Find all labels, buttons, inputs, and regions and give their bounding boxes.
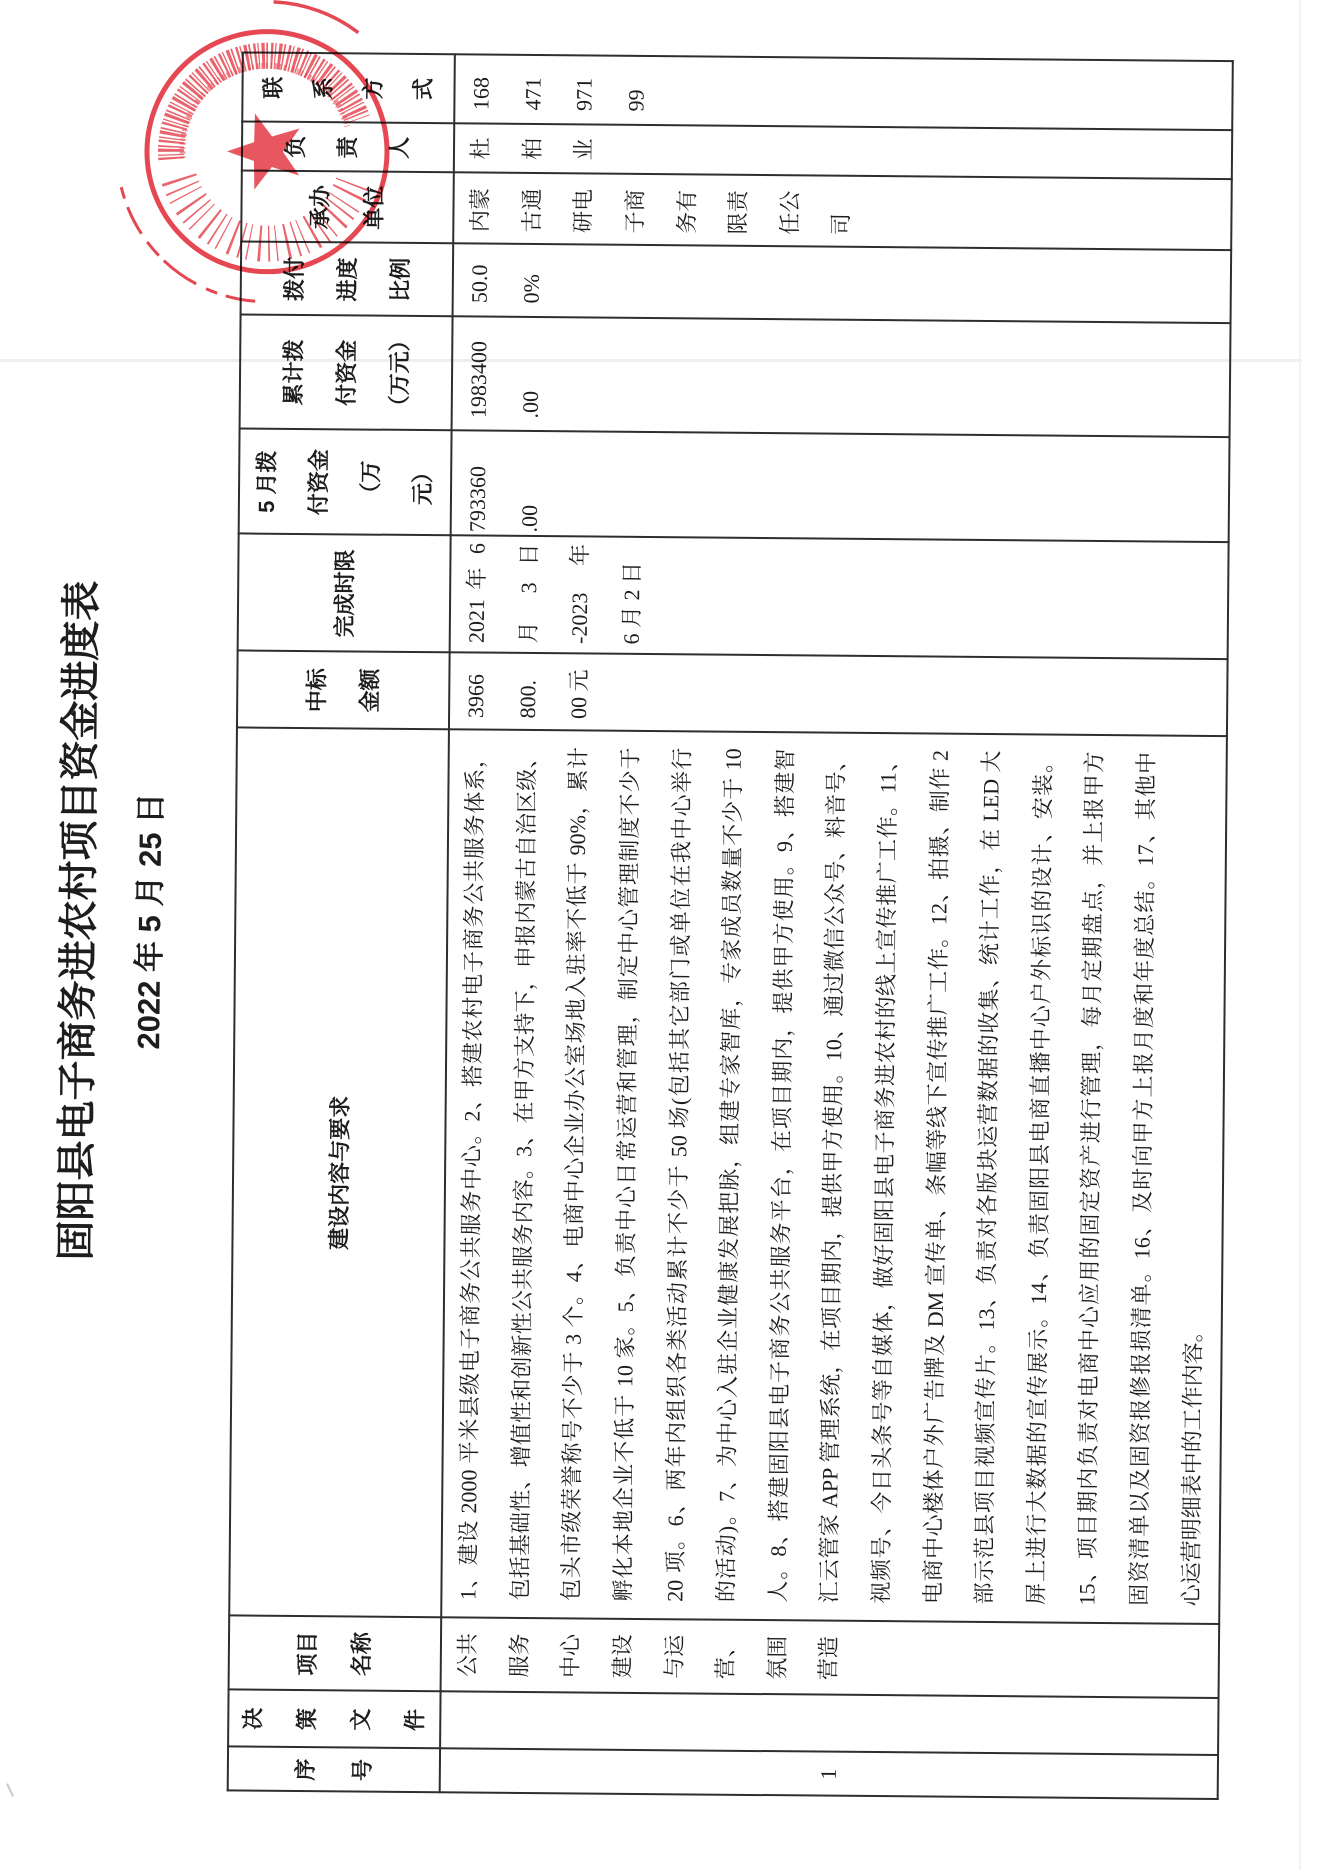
cell-content: 1、建设 2000 平米县级电子商务公共服务中心。2、搭建农村电子商务公共服务体…	[441, 730, 1227, 1625]
content-line: 汇云管家 APP 管理系统，在项目期内，提供甲方使用。10、通过微信公众号、料音…	[803, 749, 862, 1603]
header-line: 付资金	[293, 449, 346, 515]
content-line: 视频号、今日头条号等自媒体，做好固阳县电子商务进农村的线上宣传推广工作。11、	[855, 750, 914, 1604]
cell-line: 1983400	[453, 317, 505, 418]
header-line: 建设内容与要求	[312, 1096, 366, 1250]
cell-line: 营造	[803, 1621, 855, 1695]
cell-decision-document	[440, 1692, 1218, 1756]
header-line: 式	[398, 78, 448, 100]
cell-deadline: 2021 年 6 月 3 日 -2023 年 6 月 2 日	[449, 536, 1228, 660]
header-line: 拨付	[267, 257, 320, 301]
cell-line: 柏	[506, 125, 558, 174]
cell-line: 业	[558, 125, 610, 174]
cell-line: 471	[507, 56, 559, 111]
cell-may-payment: 793360 .00	[450, 431, 1229, 543]
content-line: 电商中心楼体户外广告牌及 DM 宣传单、条幅等线下宣传推广工作。12、拍摄、制作…	[907, 750, 966, 1604]
cell-line: 00 元	[553, 654, 605, 719]
cell-payment-ratio: 50.0 0%	[452, 244, 1231, 324]
column-header-content: 建设内容与要求	[229, 728, 449, 1618]
cell-line: 限责	[712, 175, 764, 234]
cell-line: -2023 年	[554, 544, 606, 644]
cell-line: 务有	[661, 175, 713, 234]
cell-line: 168	[455, 55, 507, 110]
column-header-project-name: 项目 名称	[228, 1616, 441, 1692]
document-page: 固阳县电子商务进农村项目资金进度表 2022 年 5 月 25 日	[0, 0, 1323, 1870]
cell-contractor: 内蒙 古通 研电 子商 务有 限责 任公 司	[453, 173, 1232, 251]
column-header-deadline: 完成时限	[237, 534, 450, 653]
cell-line: 中心	[545, 1619, 597, 1693]
cell-line: 800.	[502, 653, 554, 718]
header-line: 完成时限	[317, 549, 371, 637]
cell-line: 服务	[493, 1618, 545, 1692]
header-line: 单位	[347, 186, 401, 230]
cell-project-name: 公共 服务 中心 建设 与运 营、 氛围 营造	[440, 1618, 1219, 1699]
cell-person-in-charge: 杜 柏 业	[454, 124, 1232, 180]
header-line: 进度	[320, 257, 373, 301]
header-line: 联	[248, 77, 298, 99]
cell-cumulative-payment: 1983400 .00	[451, 317, 1230, 438]
cell-seq: 1	[439, 1749, 1217, 1800]
cell-line: 2021 年 6	[451, 543, 503, 643]
document-title: 固阳县电子商务进农村项目资金进度表	[51, 52, 106, 1790]
cell-line: 古通	[506, 174, 558, 233]
fund-progress-table: 序 号 决 策 文 件 项目 名称 建设内容与要求 中标 金额 完成时限 5 月…	[227, 53, 1232, 1800]
header-line: 项目	[280, 1632, 334, 1676]
cell-line: 建设	[596, 1619, 648, 1693]
content-line: 孵化本地企业不低于 10 家。5、负责中心日常运营和管理，制定中心管理制度不少于	[597, 747, 656, 1601]
content-line: 心运营明细表中的工作内容。	[1165, 752, 1224, 1606]
header-line: 承办	[293, 185, 347, 229]
cell-line: .00	[503, 432, 555, 533]
column-header-bid-amount: 中标 金额	[237, 651, 450, 730]
header-line: 元）	[397, 461, 449, 505]
content-line: 20 项。6、两年内组织各类活动累计不少于 50 场(包括其它部门或单位在我中心…	[649, 748, 708, 1602]
cell-line: 司	[815, 176, 867, 235]
header-line: 责	[322, 136, 374, 158]
cell-line: 与运	[648, 1620, 700, 1694]
cell-line: 50.0	[454, 244, 506, 303]
header-line: （万元）	[372, 329, 426, 417]
header-line: 比例	[373, 258, 426, 302]
header-line: 累计拨	[266, 339, 320, 405]
column-header-payment-ratio: 拨付 进度 比例	[240, 242, 453, 317]
header-line: 5 月拨	[241, 451, 294, 514]
column-header-contractor: 承办 单位	[241, 171, 454, 244]
header-line: 负	[270, 136, 322, 158]
content-line: 屏上进行大数据的宣传展示。14、负责固阳县电商直播中心户外标识的设计、安装。	[1010, 751, 1069, 1605]
content-line: 的活动)。7、为中心入驻企业健康发展把脉，组建专家智库，专家成员数量不少于 10	[700, 748, 759, 1602]
header-line: 中标	[290, 668, 343, 712]
cell-line: 内蒙	[454, 173, 506, 232]
header-line: 策	[280, 1708, 334, 1730]
content-line: 部示范县项目视频宣传片。13、负责对各版块运营数据的收集、统计工作，在 LED …	[958, 751, 1017, 1605]
column-header-contact: 联 系 方 式	[242, 53, 455, 124]
header-line: 件	[388, 1709, 442, 1731]
cell-line: 杜	[455, 124, 507, 173]
seal-outer-arc	[273, 2, 358, 33]
column-header-person-in-charge: 负 责 人	[242, 122, 454, 173]
seal-outer-arc	[118, 177, 256, 302]
cell-line: 6 月 2 日	[605, 544, 657, 644]
cell-value: 1	[803, 1769, 855, 1780]
cell-bid-amount: 3966 800. 00 元	[449, 653, 1228, 737]
cell-line: 0%	[505, 245, 557, 304]
header-line: 序	[277, 1759, 334, 1782]
cell-line: 3966	[450, 653, 502, 718]
cell-line: 793360	[452, 431, 504, 532]
cell-line: 任公	[764, 176, 816, 235]
content-line: 1、建设 2000 平米县级电子商务公共服务中心。2、搭建农村电子商务公共服务体…	[442, 746, 501, 1600]
column-header-cumulative-payment: 累计拨 付资金 （万元）	[239, 315, 452, 431]
cell-line: 971	[558, 56, 610, 111]
header-line: 决	[226, 1708, 280, 1730]
scanned-page: { "colors": { "paper": "#ffffff", "ink":…	[0, 0, 1323, 1870]
header-line: 系	[298, 77, 348, 99]
cell-value	[441, 1692, 493, 1749]
header-line: 人	[374, 137, 426, 159]
cell-line: .00	[504, 318, 556, 419]
column-header-may-payment: 5 月拨 付资金 （万 元）	[238, 429, 451, 536]
content-line: 包括基础性、增值性和创新性公共服务内容。3、在甲方支持下，申报内蒙古自治区级、	[494, 746, 553, 1600]
column-header-seq: 序 号	[227, 1747, 439, 1793]
header-line: 方	[348, 78, 398, 100]
header-line: 名称	[334, 1632, 388, 1676]
header-line: 付资金	[319, 340, 373, 406]
cell-line: 公共	[441, 1618, 493, 1692]
cell-line: 氛围	[751, 1621, 803, 1695]
content-line: 人。8、搭建固阳县电子商务公共服务平台，在项目期内，提供甲方使用。9、搭建智	[752, 749, 811, 1603]
content-line: 包头市级荣誉称号不少于 3 个。4、电商中心企业办公室场地入驻率不低于 90%，…	[545, 747, 604, 1601]
cell-line: 营、	[699, 1620, 751, 1694]
document-date: 2022 年 5 月 25 日	[126, 52, 173, 1790]
header-line: 号	[334, 1759, 391, 1782]
cell-contact: 168 471 971 99	[454, 55, 1233, 131]
cell-line: 研电	[557, 174, 609, 233]
column-header-decision-document: 决 策 文 件	[228, 1690, 440, 1749]
cell-line: 99	[610, 56, 662, 111]
header-line: （万	[345, 461, 397, 505]
header-line: 金额	[343, 669, 396, 713]
cell-line: 月 3 日	[502, 544, 554, 644]
cell-line: 子商	[609, 174, 661, 233]
content-line: 15、项目期内负责对电商中心应用的固定资产进行管理，每月定期盘点，并上报甲方	[1061, 751, 1120, 1605]
header-line: 文	[334, 1709, 388, 1731]
content-line: 固资清单以及固资报修报损清单。16、及时向甲方上报月度和年度总结。17、其他中	[1113, 752, 1172, 1606]
